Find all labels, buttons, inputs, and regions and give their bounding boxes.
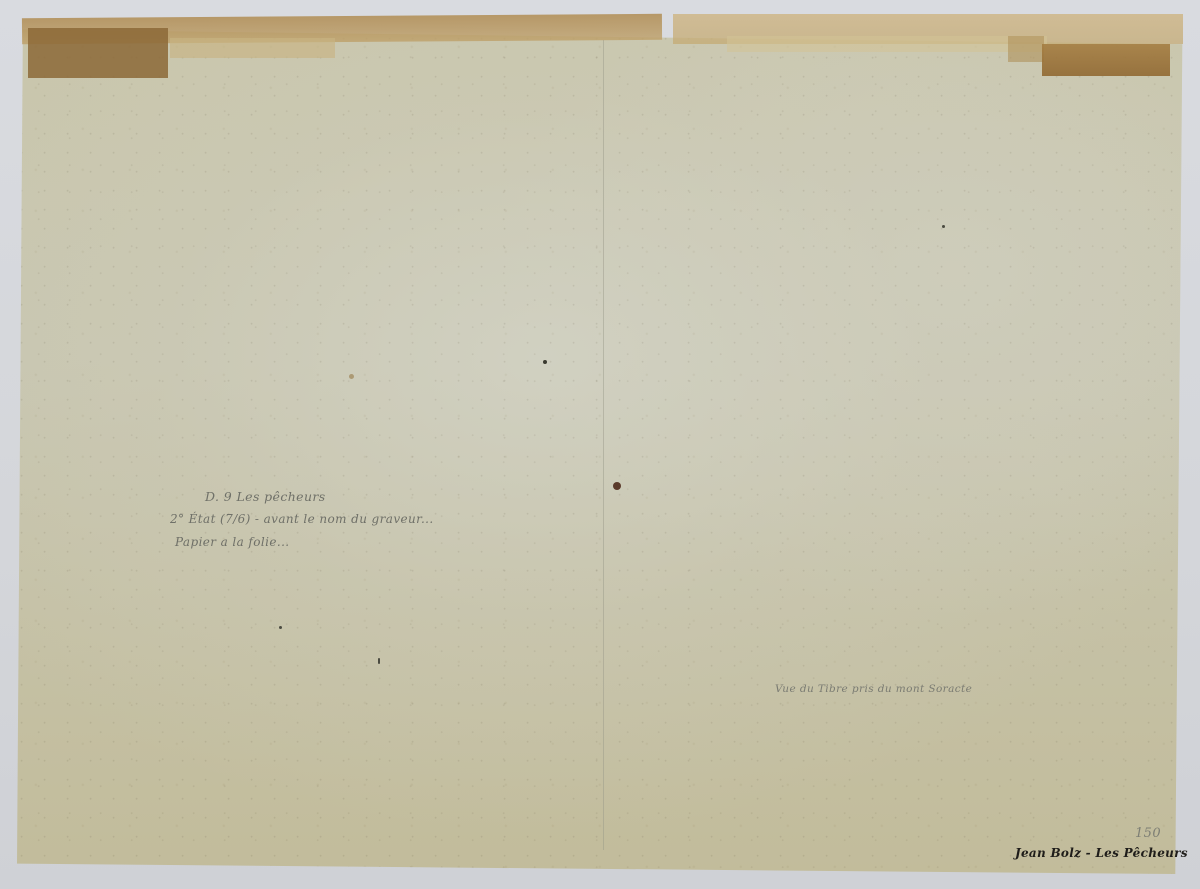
foxing-spot	[349, 374, 354, 379]
tape-strip-left-light	[170, 38, 335, 58]
pencil-note-line-3: Papier a la folie...	[175, 535, 290, 549]
pencil-note-line-2: 2° État (7/6) - avant le nom du graveur.…	[170, 512, 434, 526]
stain-spot	[613, 482, 621, 490]
pencil-note-line-1: D. 9 Les pêcheurs	[205, 489, 326, 504]
paper-sheet	[17, 14, 1187, 874]
speck	[942, 225, 945, 228]
ink-stamp: Jean Bolz - Les Pêcheurs	[1015, 846, 1188, 860]
pencil-number: 150	[1135, 826, 1161, 841]
tape-strip-left-dark	[28, 28, 168, 78]
speck	[279, 626, 282, 629]
speck	[378, 658, 380, 664]
pencil-caption: Vue du Tibre pris du mont Soracte	[775, 683, 972, 695]
tape-strip-right-edge	[1008, 36, 1044, 62]
tape-strip-right-light	[727, 36, 1047, 52]
speck	[543, 360, 547, 364]
center-fold-line	[603, 40, 604, 850]
tape-strip-right-dark	[1042, 44, 1170, 76]
paper-grain	[17, 14, 1187, 874]
